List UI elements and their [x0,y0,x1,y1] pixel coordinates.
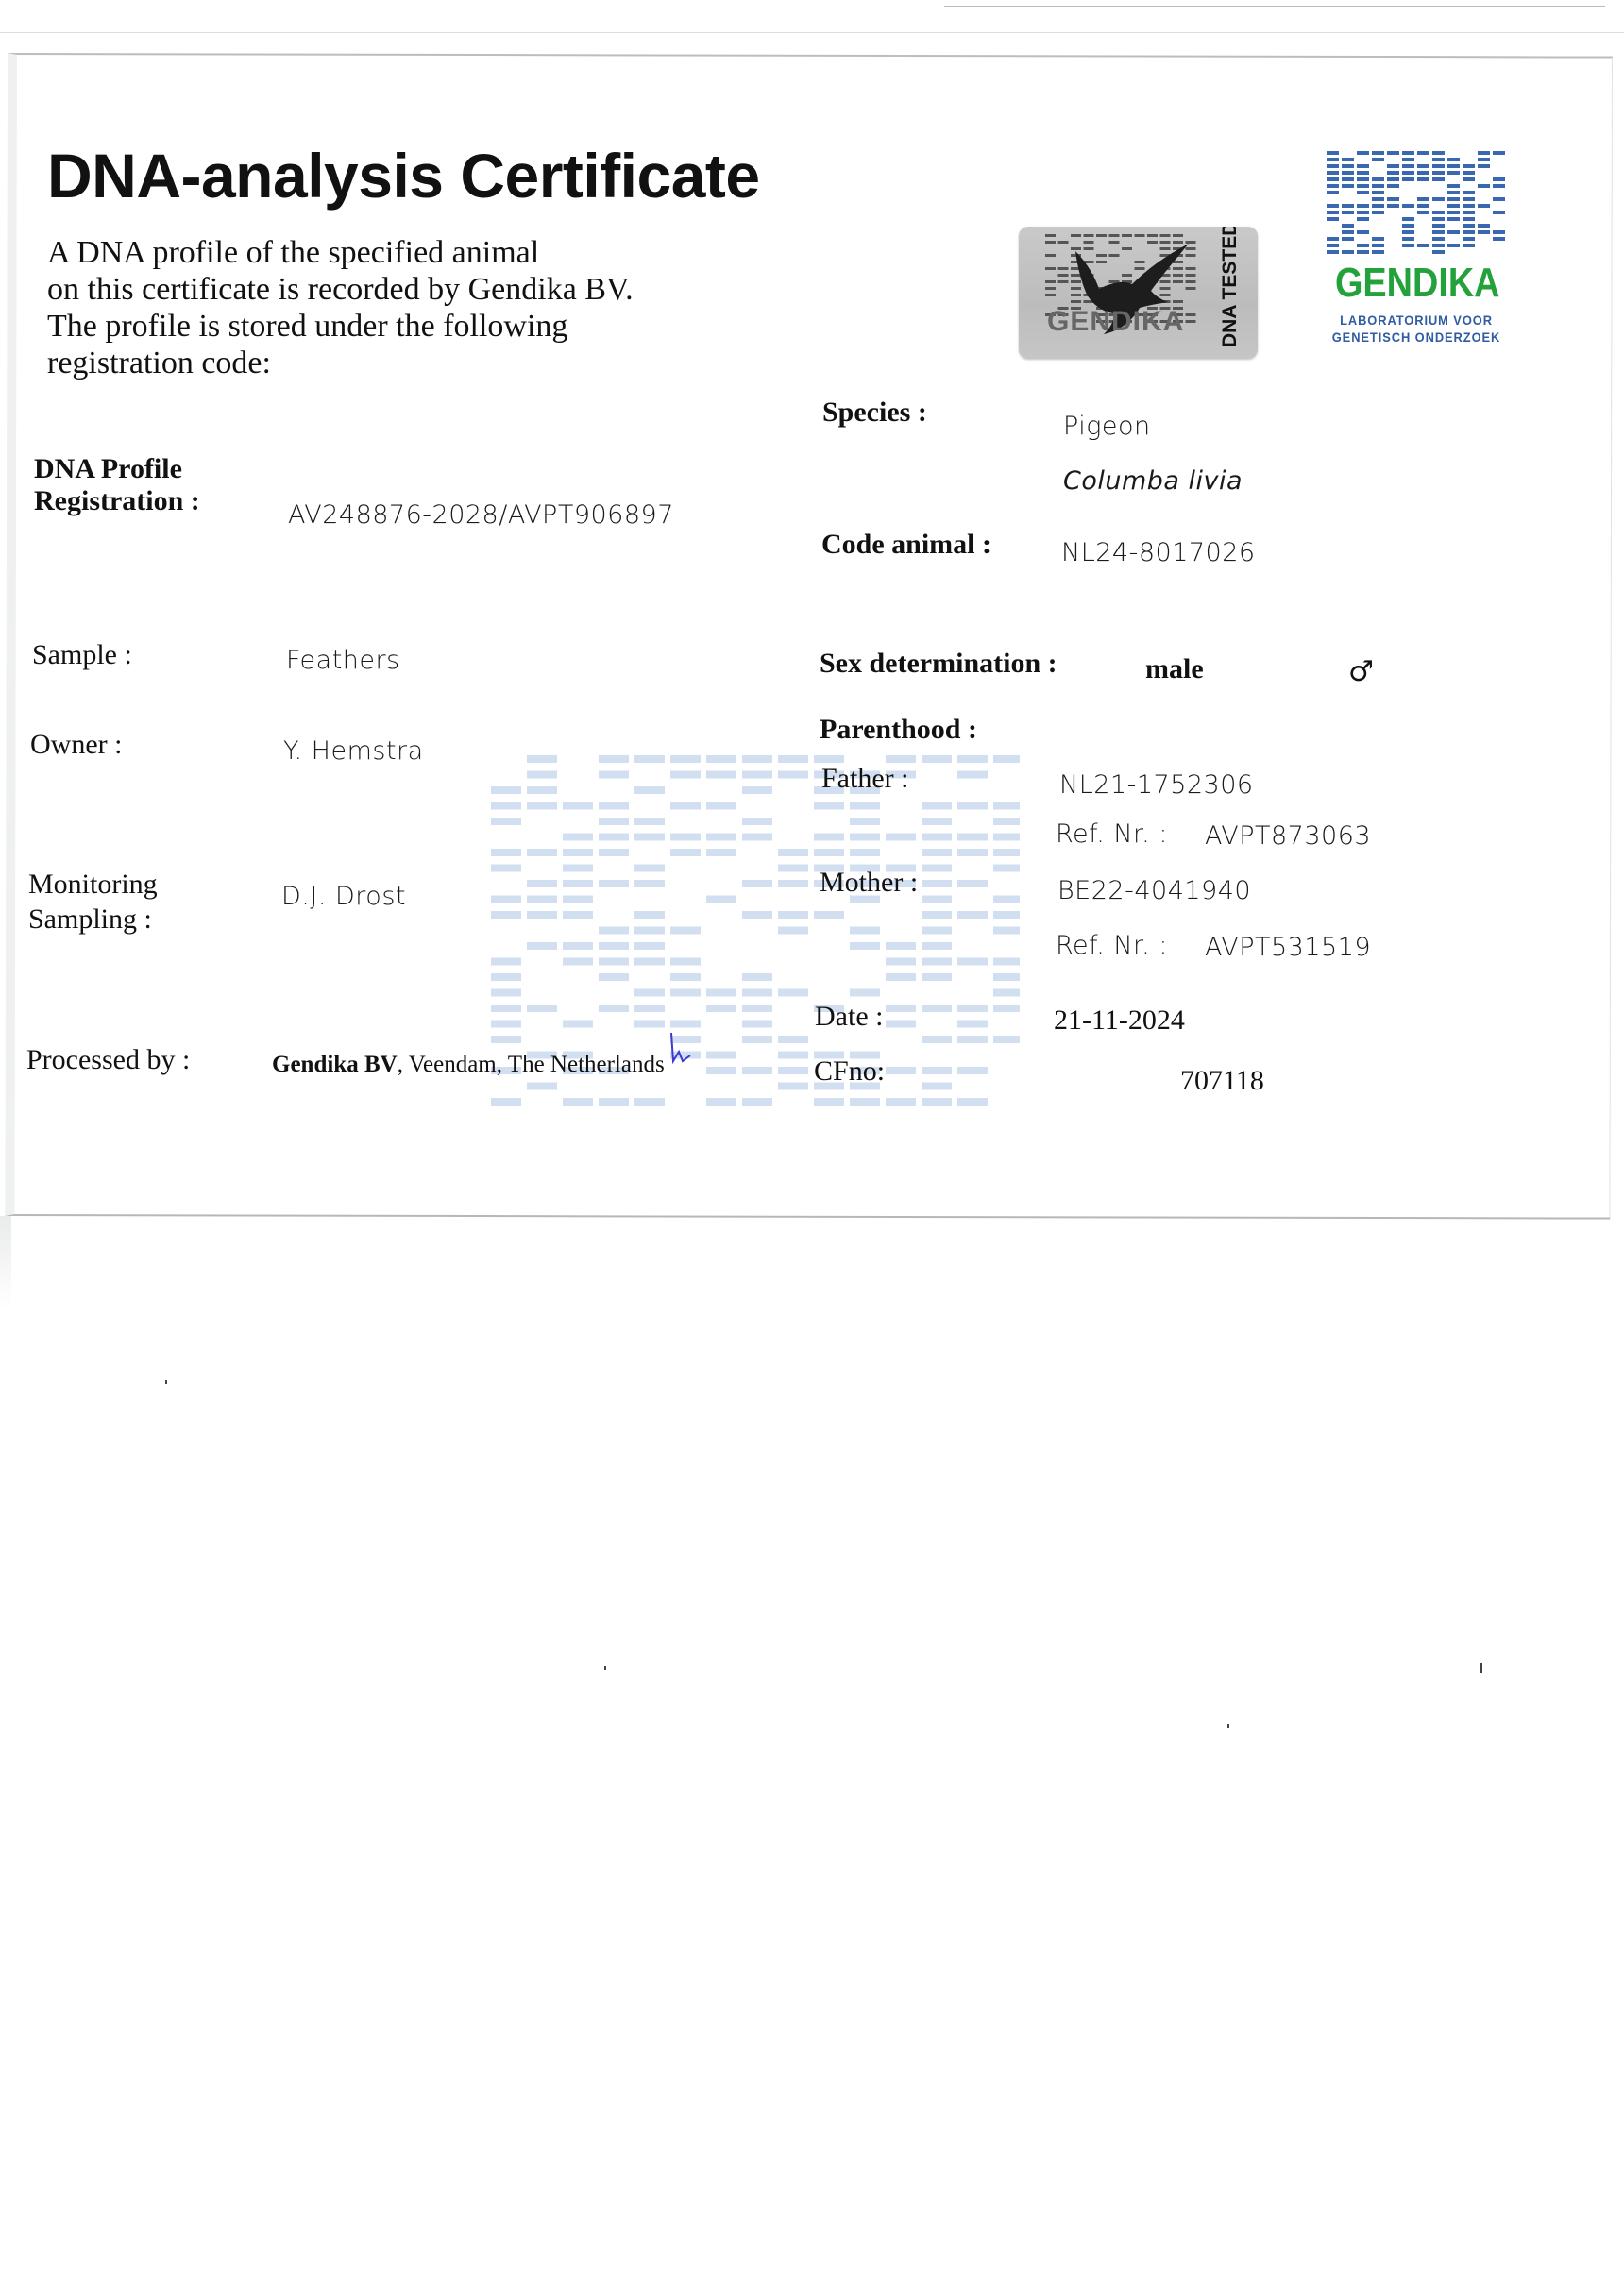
date-value: 21-11-2024 [1054,1004,1185,1037]
mother-ref: AVPT531519 [1205,933,1371,962]
scan-speck [1227,1724,1229,1728]
processor-name: Gendika BV [272,1052,398,1077]
processor-location: , Veendam, The Netherlands [398,1052,665,1077]
processed-by-label: Processed by : [26,1044,190,1076]
page-title: DNA-analysis Certificate [47,140,760,211]
father-code: NL21-1752306 [1059,770,1254,800]
mother-label: Mother : [820,867,918,899]
owner-value: Y. Hemstra [283,736,424,766]
stamp-label: DNA TESTED [1219,227,1242,347]
monitoring-label: Monitoring Sampling : [28,867,158,937]
logo-subtitle-line: LABORATORIUM VOOR [1329,312,1503,329]
scan-shadow [0,1216,11,1310]
date-label: Date : [815,1001,883,1033]
father-ref-label: Ref. Nr. : [1056,819,1168,849]
label-line: Monitoring [28,867,158,902]
logo-name: GENDIKA [1335,261,1497,306]
intro-line: A DNA profile of the specified animal [47,234,708,271]
mother-code: BE22-4041940 [1057,876,1251,905]
label-line: Sampling : [28,902,158,937]
dna-tested-stamp: GENDIKA DNA TESTED [1019,227,1258,359]
label-line: Registration : [34,485,200,517]
father-ref: AVPT873063 [1205,821,1371,851]
sex-determination-label: Sex determination : [820,648,1057,680]
code-animal-value: NL24-8017026 [1061,538,1256,567]
gendika-logo: GENDIKA LABORATORIUM VOOR GENETISCH ONDE… [1322,151,1511,378]
stamp-label-wrap: DNA TESTED [1213,238,1247,351]
cfno-label: CFno: [814,1055,885,1088]
sex-value: male [1145,653,1204,685]
cfno-value: 707118 [1180,1065,1264,1097]
intro-line: The profile is stored under the followin… [47,308,708,345]
code-animal-label: Code animal : [821,529,991,561]
dna-profile-value: AV248876-2028/AVPT906897 [288,500,674,530]
species-common-name: Pigeon [1063,412,1151,441]
signature-mark-icon [666,1031,694,1069]
dna-profile-label: DNA Profile Registration : [34,453,200,517]
sample-label: Sample : [32,639,132,671]
parenthood-label: Parenthood : [820,714,977,746]
processed-by-value: Gendika BV, Veendam, The Netherlands [272,1052,665,1078]
father-label: Father : [821,763,908,795]
scan-speck [604,1666,606,1670]
intro-text: A DNA profile of the specified animal on… [47,234,708,381]
logo-subtitle: LABORATORIUM VOOR GENETISCH ONDERZOEK [1329,312,1503,346]
scan-speck [1480,1663,1482,1673]
sample-value: Feathers [286,646,400,675]
scan-speck [165,1380,167,1384]
species-label: Species : [822,397,927,429]
species-scientific-name: Columba livia [1063,466,1243,496]
dna-bars-logo-icon [1327,151,1506,255]
mother-ref-label: Ref. Nr. : [1056,931,1168,960]
scan-edge [0,0,1624,57]
stamp-brand: GENDIKA [1047,306,1184,338]
male-symbol-icon: ♂ [1348,655,1374,688]
logo-subtitle-line: GENETISCH ONDERZOEK [1329,329,1503,346]
label-line: DNA Profile [34,453,200,485]
intro-line: registration code: [47,345,708,381]
owner-label: Owner : [30,729,122,761]
intro-line: on this certificate is recorded by Gendi… [47,271,708,308]
monitoring-value: D.J. Drost [281,882,406,911]
